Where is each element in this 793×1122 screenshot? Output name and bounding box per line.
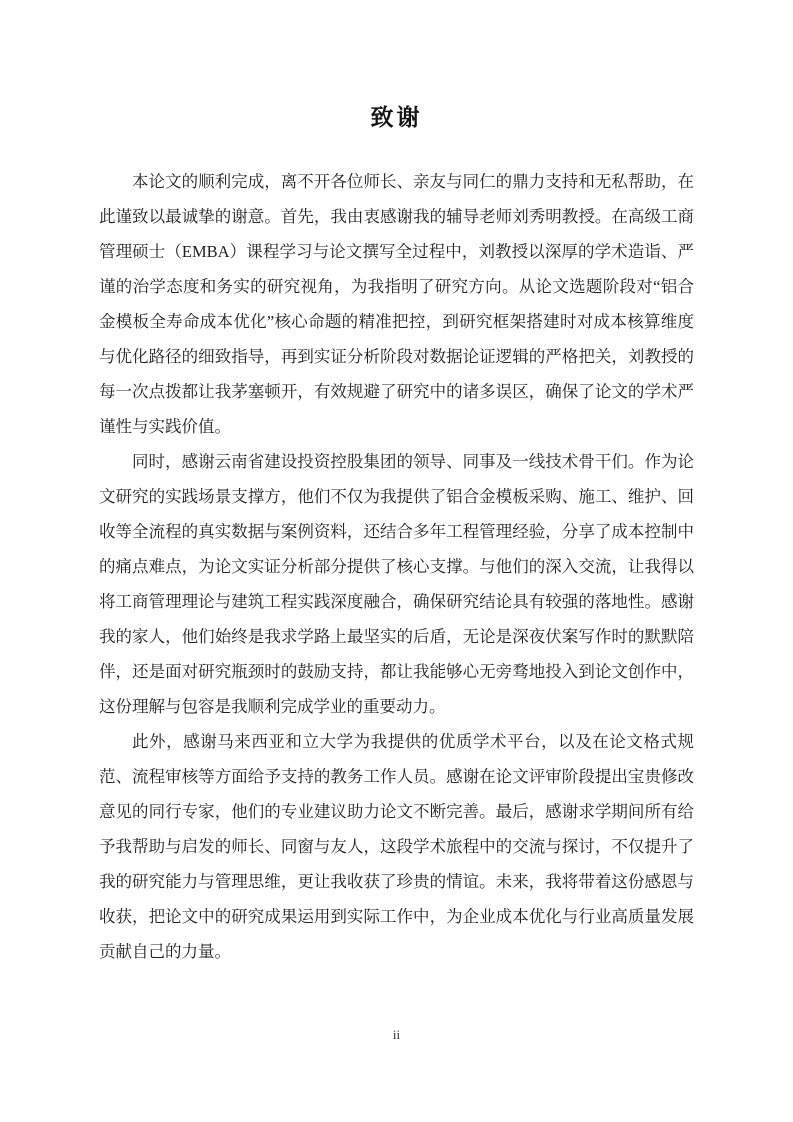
page-content: 致谢 本论文的顺利完成，离不开各位师长、亲友与同仁的鼎力支持和无私帮助，在此谨致…	[99, 103, 694, 969]
paragraph: 同时，感谢云南省建设投资控股集团的领导、同事及一线技术骨干们。作为论文研究的实践…	[99, 444, 694, 724]
document-page: 致谢 本论文的顺利完成，离不开各位师长、亲友与同仁的鼎力支持和无私帮助，在此谨致…	[0, 0, 793, 1122]
page-title: 致谢	[99, 103, 694, 133]
paragraph: 此外，感谢马来西亚和立大学为我提供的优质学术平台，以及在论文格式规范、流程审核等…	[99, 724, 694, 969]
acknowledgement-body: 本论文的顺利完成，离不开各位师长、亲友与同仁的鼎力支持和无私帮助，在此谨致以最诚…	[99, 164, 694, 969]
page-number: ii	[0, 1026, 793, 1044]
paragraph: 本论文的顺利完成，离不开各位师长、亲友与同仁的鼎力支持和无私帮助，在此谨致以最诚…	[99, 164, 694, 444]
